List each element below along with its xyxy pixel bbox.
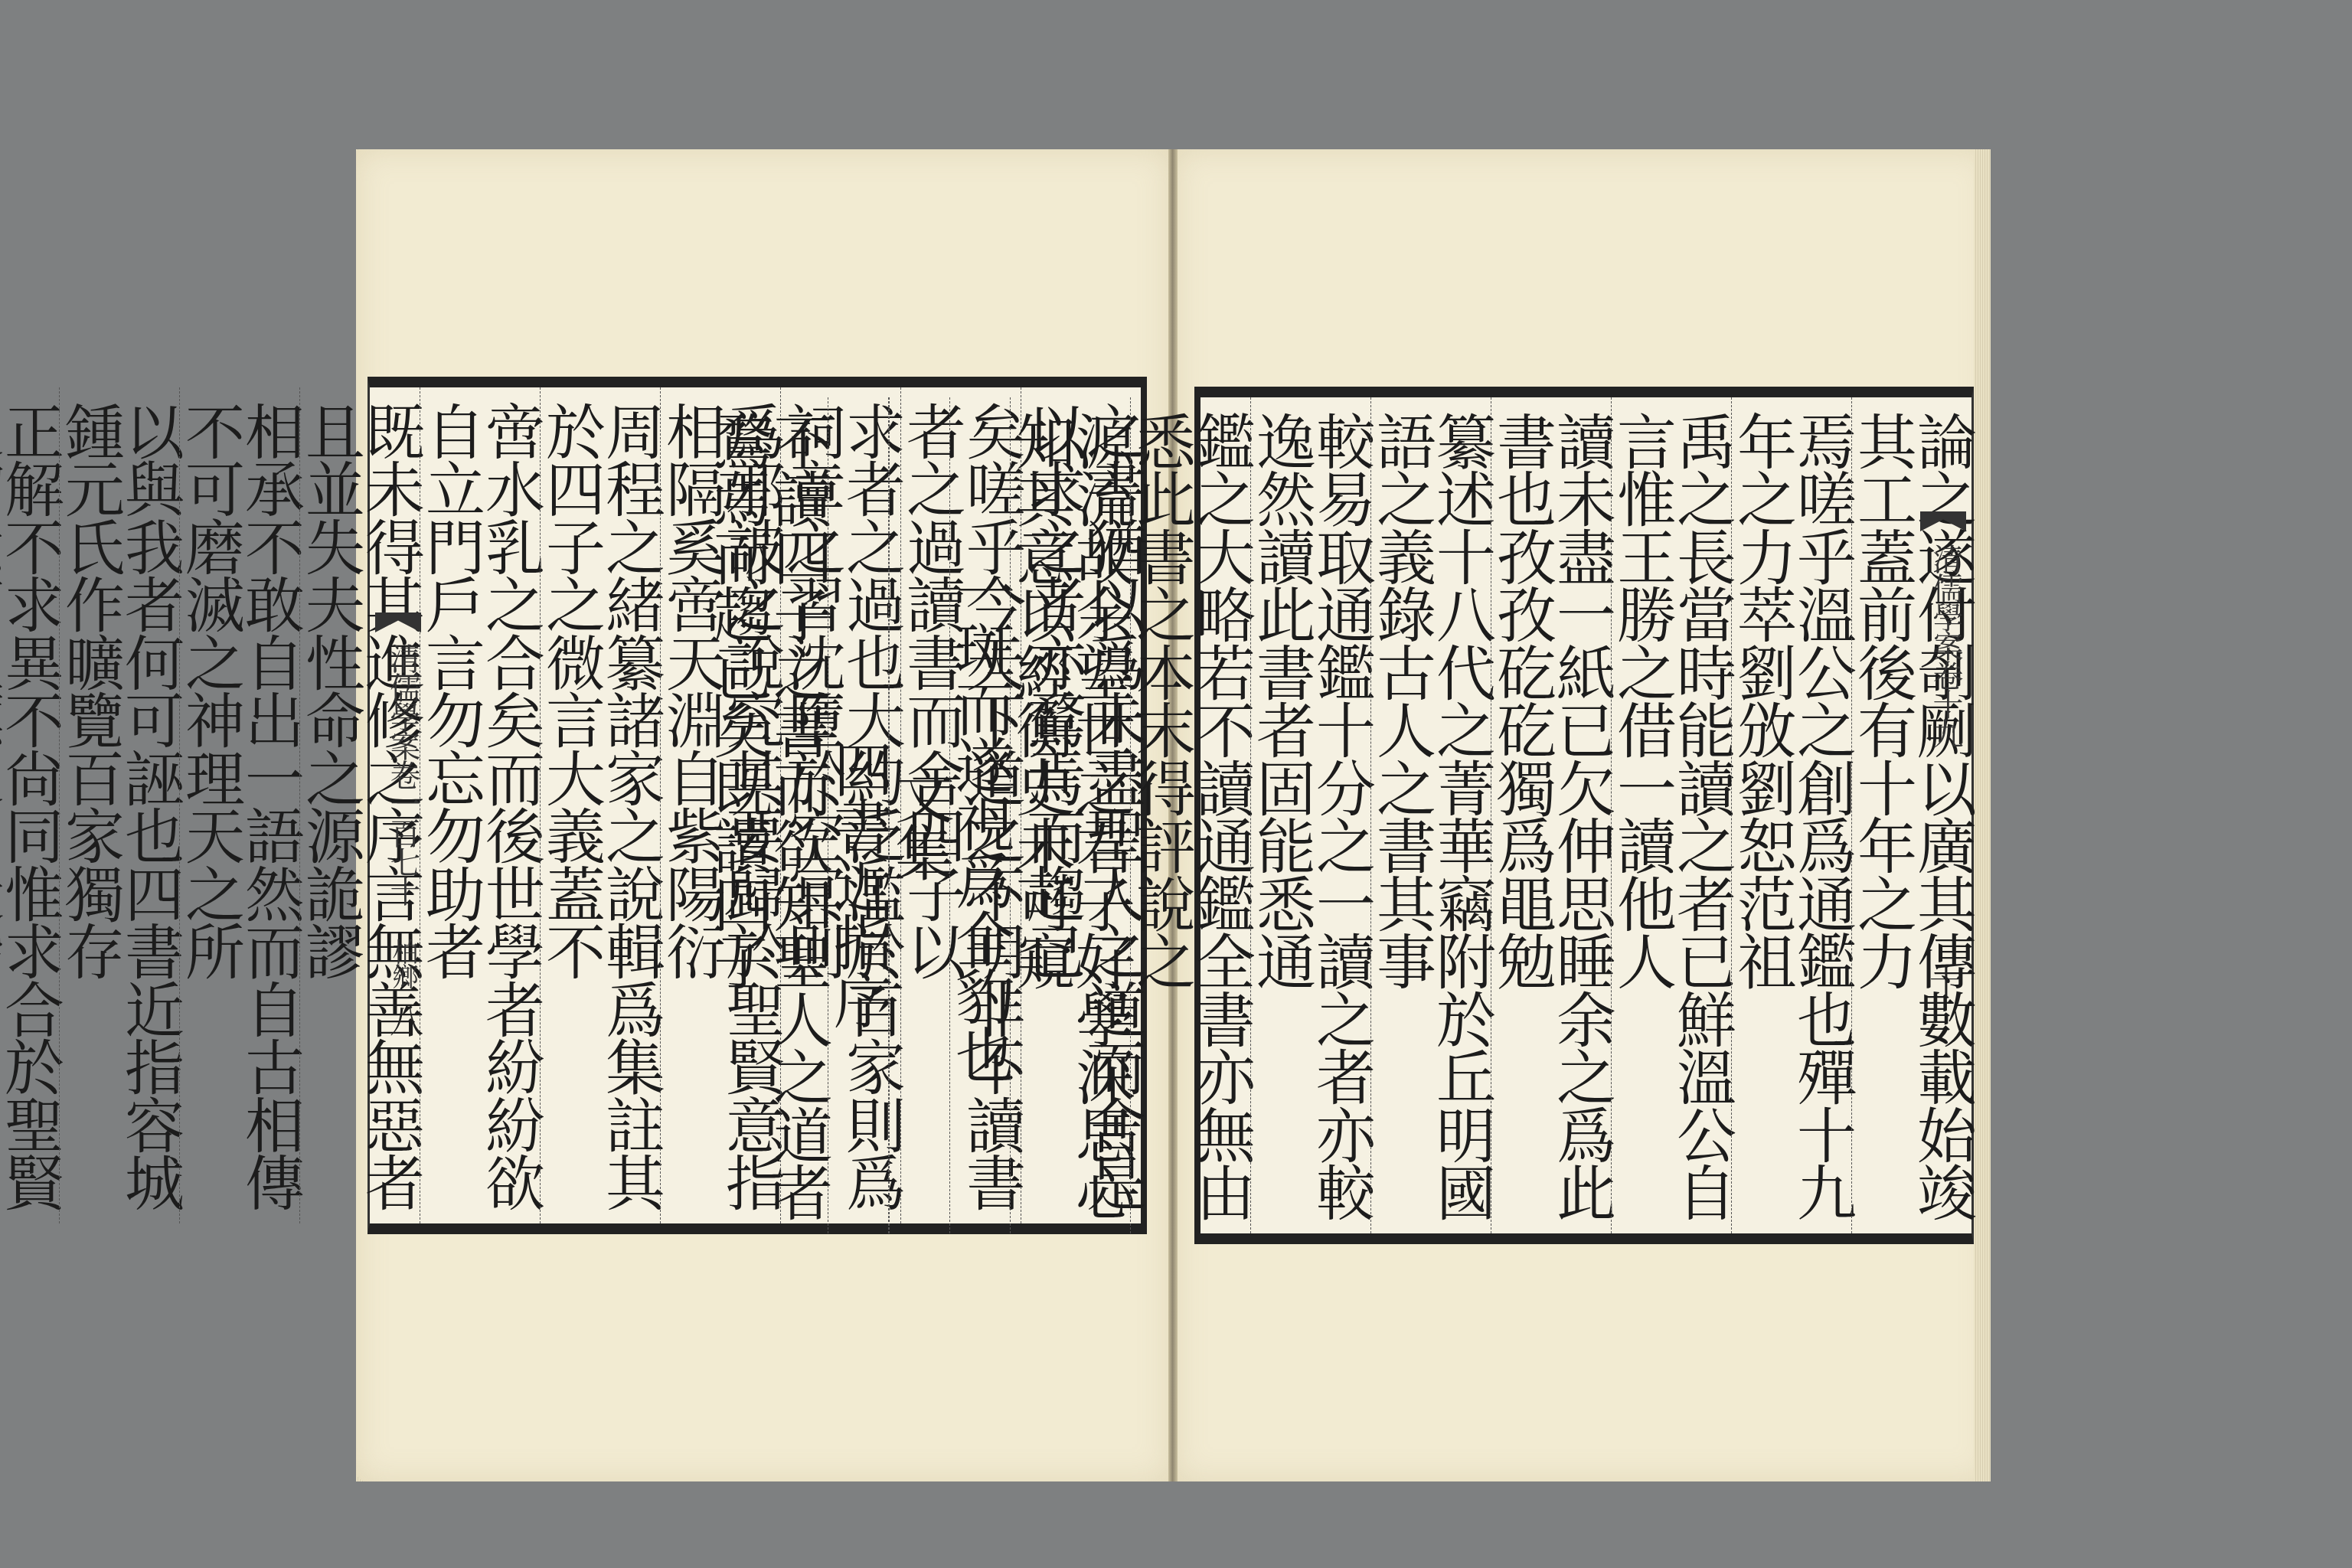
banxin-title-right: 清儒學案卷十九 <box>1928 544 1963 747</box>
banxin-left: 清儒學案卷一百七十 柏鄉 <box>371 643 425 988</box>
folio-left: 八 <box>378 1003 427 1037</box>
text-column: 啻水乳之合矣而後世學者紛紛欲自立門戶言勿忘勿助者 <box>420 387 540 1223</box>
text-column: 禹之長當時能讀之者已鮮溫公自言惟王勝之借一讀他人 <box>1611 397 1731 1233</box>
text-column: 一斑而遂視爲全豹也 <box>949 397 1010 1233</box>
section-heading: 文集 <box>889 397 949 1233</box>
banxin-title-left: 清儒學案卷一百七十 <box>385 643 420 905</box>
text-column: 鑑之大略若不讀通鑑全書亦無由悉此書之本末得評說之 <box>1130 397 1250 1233</box>
text-column: 較易取通鑑十分之一讀之者亦較逸然讀此書者固能悉通 <box>1250 397 1370 1233</box>
right-columns: 論之遂付剞劂以廣其傳數載始竣其工蓋前後有十年之力 焉嗟乎溫公之創爲通鑑也殫十九年… <box>1200 397 1971 1233</box>
text-column: 相承不敢自出一語然而自古相傳不可磨滅之神理天之所 <box>179 387 299 1223</box>
text-column: 焉嗟乎溫公之創爲通鑑也殫十九年之力萃劉攽劉恕范祖 <box>1731 397 1851 1233</box>
right-text-frame: 論之遂付剞劂以廣其傳數載始竣其工蓋前後有十年之力 焉嗟乎溫公之創爲通鑑也殫十九年… <box>1194 387 1974 1244</box>
essay-title: 四書近指序 <box>828 397 888 1233</box>
page-edge-right <box>1974 149 1991 1481</box>
text-column: 讀未盡一紙已欠伸思睡余之爲此書也孜孜矻矻獨爲黽勉 <box>1491 397 1611 1233</box>
text-column: 周程之緒纂諸家之說輯爲集註其於四子之微言大義蓋不 <box>540 387 660 1223</box>
text-column: 以與我者何可誣也四書近指容城鍾元氏作曠覽百家獨存 <box>59 387 179 1223</box>
text-column: 源流故余望世之君子好學深思心知其意以經衡史未可窺 <box>1010 397 1130 1233</box>
text-column: 不讀四子之書而欲知聖人之道者鶩焉而趨已矣既讀四子 <box>708 397 828 1233</box>
folio-right: 十 <box>1918 965 1967 998</box>
banxin-subtitle-left: 柏鄉 <box>387 939 418 988</box>
text-column: 纂述十八代之菁華竊附於丘明國語之義錄古人之書其事 <box>1370 397 1491 1233</box>
text-column: 正解不求異不尙同惟求合於聖賢之初意而止標之曰近指 <box>0 387 59 1223</box>
banxin-right: 清儒學案卷十九 <box>1914 544 1968 747</box>
